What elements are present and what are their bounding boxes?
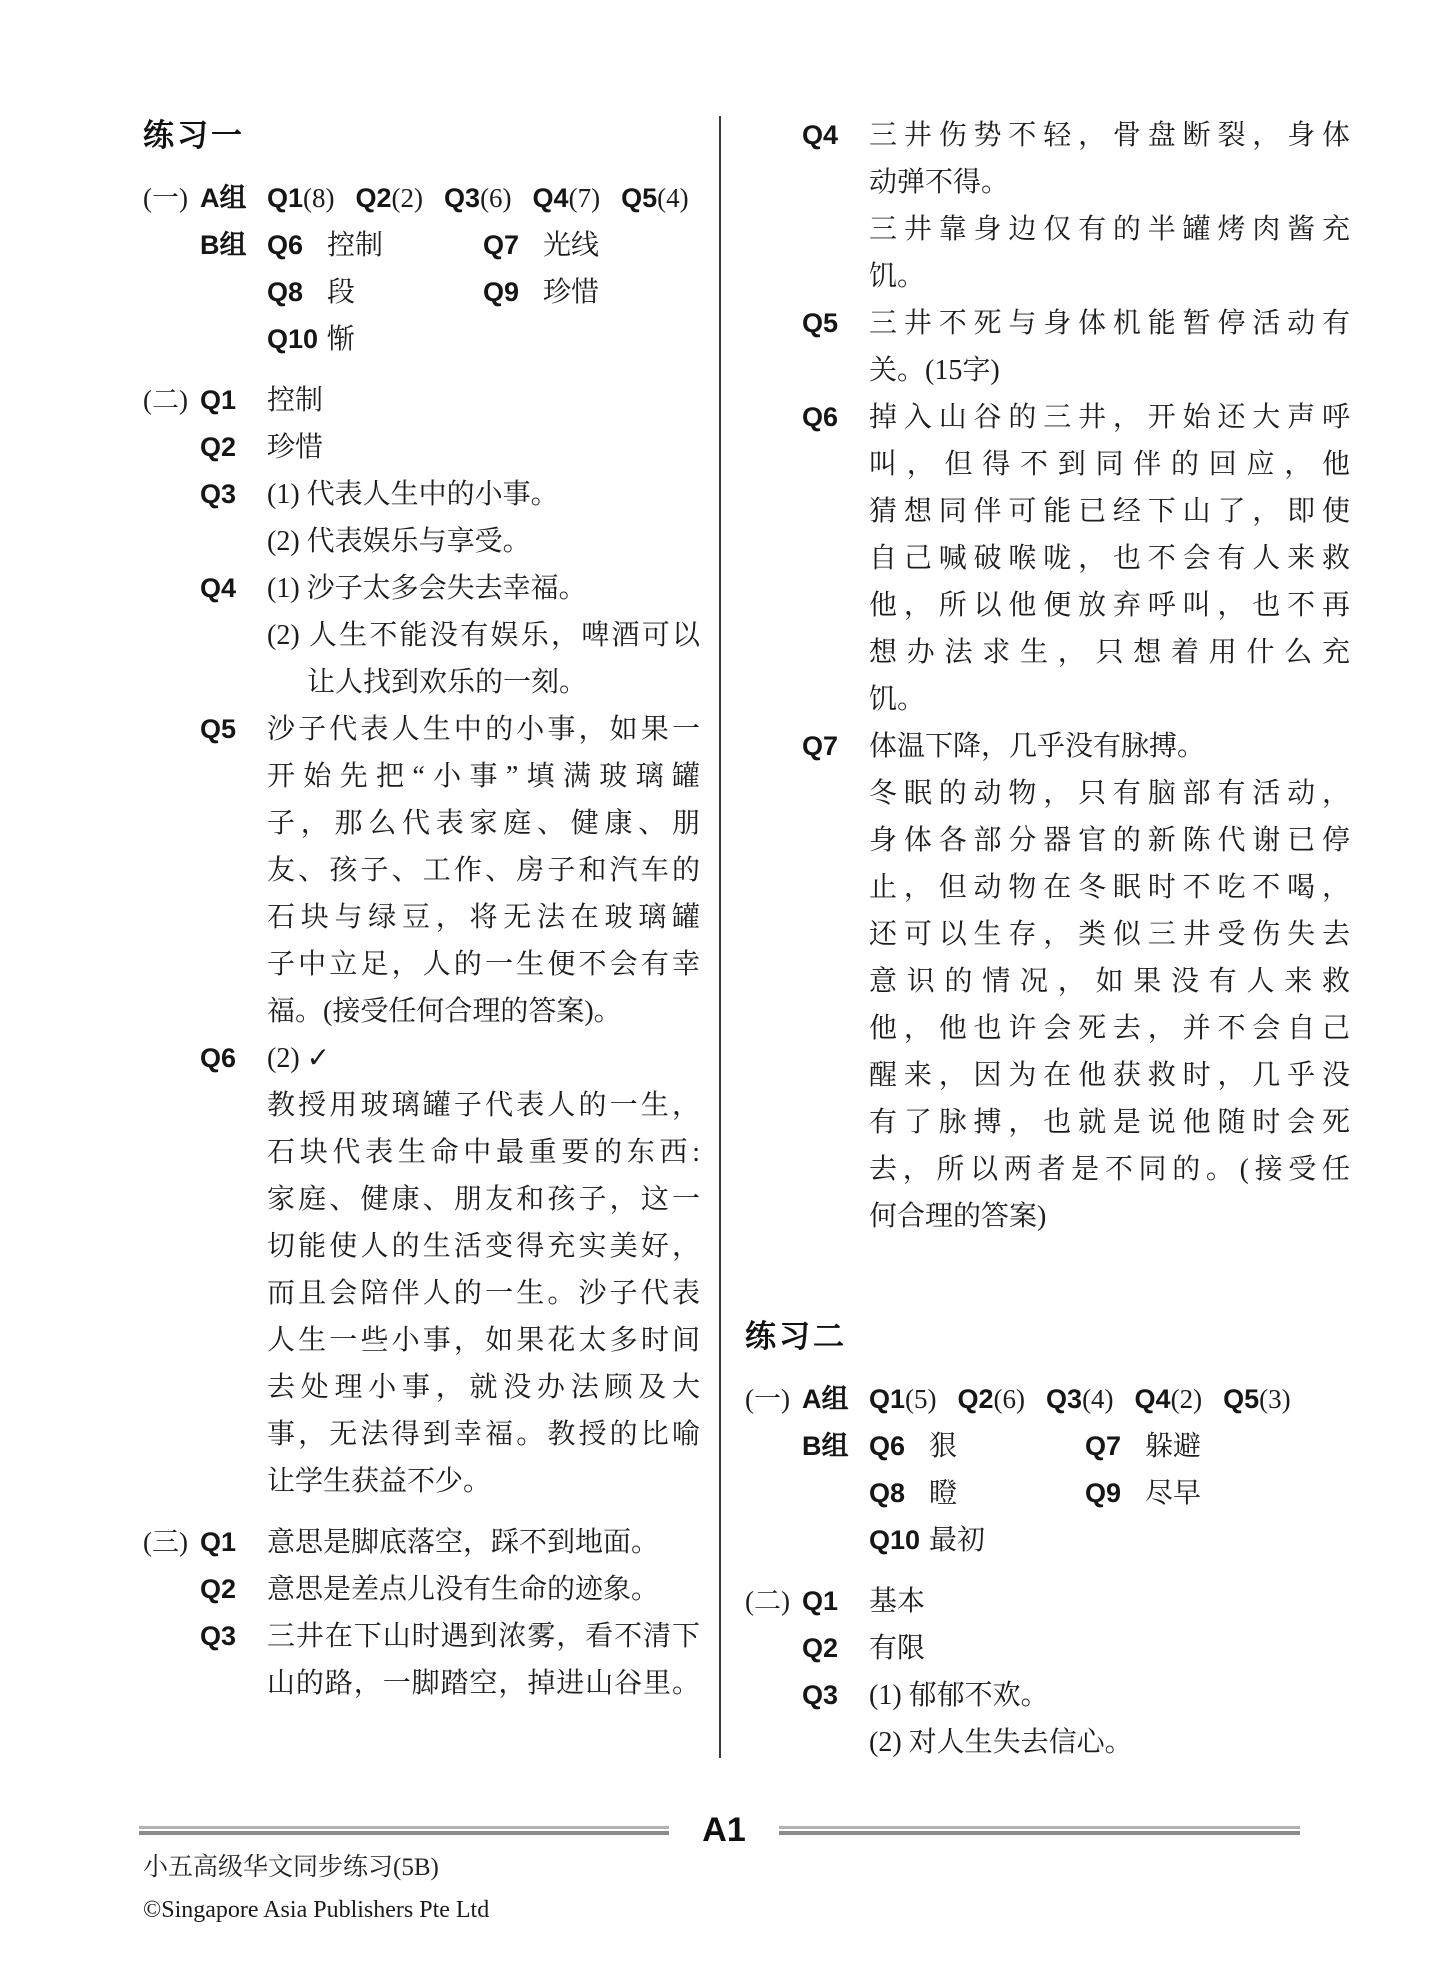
group-a-label: A组	[200, 175, 267, 222]
answer-line: 醒来，因为在他获救时，几乎没	[869, 1052, 1350, 1099]
answer-line: (2) 人生不能没有娱乐，啤酒可以	[267, 612, 700, 659]
section-marker: (三)	[143, 1519, 200, 1566]
answer-line: 他，他也许会死去，并不会自己	[869, 1005, 1350, 1052]
score-item: Q5(3)	[1223, 1376, 1291, 1423]
answer-line: 他，所以他便放弃呼叫，也不再	[869, 582, 1350, 629]
ex2-s2-q1: (二) Q1 基本	[745, 1578, 1350, 1625]
score-item: Q4(2)	[1135, 1376, 1203, 1423]
answer-line: 石块与绿豆，将无法在玻璃罐	[267, 894, 700, 941]
ex2-groupA-row: (一) A组 Q1(5) Q2(6) Q3(4) Q4(2) Q5(3)	[745, 1376, 1350, 1423]
answer-line: 子中立足，人的一生便不会有幸	[267, 941, 700, 988]
ex1-groupB-row: Q10 惭	[143, 316, 700, 363]
answer-line: 意思是差点儿没有生命的迹象。	[267, 1566, 700, 1613]
answer-line: 自己喊破喉咙，也不会有人来救	[869, 535, 1350, 582]
ex1-groupA-row: (一) A组 Q1(8) Q2(2) Q3(6) Q4(7) Q5(4)	[143, 175, 700, 222]
score-item: Q2(2)	[356, 175, 424, 222]
group-b-label: B组	[200, 222, 267, 269]
ex1-s2-q5: Q5 沙子代表人生中的小事，如果一 开始先把“小事”填满玻璃罐 子，那么代表家庭…	[143, 706, 700, 1035]
answer-line: 去，所以两者是不同的。(接受任	[869, 1146, 1350, 1193]
answer-line: 叫，但得不到同伴的回应，他	[869, 441, 1350, 488]
vocab-row: Q6 控制 Q7 光线	[267, 222, 700, 269]
answer-line: 还可以生存，类似三井受伤失去	[869, 911, 1350, 958]
answer-line: 去处理小事，就没办法顾及大	[267, 1364, 700, 1411]
answer-line: 饥。	[869, 253, 1350, 300]
footer-rule: A1	[139, 1808, 1300, 1852]
score-item: Q1(5)	[869, 1376, 937, 1423]
score-item: Q3(6)	[444, 175, 512, 222]
answer-line: (1) 郁郁不欢。	[869, 1672, 1350, 1719]
ex1-s2-q1: (二) Q1 控制	[143, 377, 700, 424]
ex1-s2-q2: Q2 珍惜	[143, 424, 700, 471]
exercise1-title: 练习一	[143, 112, 700, 159]
answer-line: 友、孩子、工作、房子和汽车的	[267, 847, 700, 894]
score-item: Q1(8)	[267, 175, 335, 222]
answer-line: 想办法求生，只想着用什么充	[869, 629, 1350, 676]
answer-line: 切能使人的生活变得充实美好，	[267, 1223, 700, 1270]
section-marker: (二)	[745, 1578, 802, 1625]
answer-line: 三井靠身边仅有的半罐烤肉酱充	[869, 206, 1350, 253]
answer-line: 让人找到欢乐的一刻。	[267, 659, 700, 706]
ex2-groupB-row: Q10 最初	[745, 1517, 1350, 1564]
group-b-label: B组	[802, 1423, 869, 1470]
answer-line: 教授用玻璃罐子代表人的一生，	[267, 1082, 700, 1129]
answer-line: 关。(15字)	[869, 347, 1350, 394]
group-a-scores: Q1(5) Q2(6) Q3(4) Q4(2) Q5(3)	[869, 1376, 1350, 1423]
ex1-s3-q7: Q7 体温下降，几乎没有脉搏。 冬眠的动物，只有脑部有活动， 身体各部分器官的新…	[745, 723, 1350, 1240]
score-item: Q4(7)	[533, 175, 601, 222]
ex1-s3-q3: Q3 三井在下山时遇到浓雾，看不清下 山的路，一脚踏空，掉进山谷里。	[143, 1613, 700, 1707]
section-marker: (二)	[143, 377, 200, 424]
answer-line: 人生一些小事，如果花太多时间	[267, 1317, 700, 1364]
answer-line: 意识的情况，如果没有人来救	[869, 958, 1350, 1005]
ex2-s2-q2: Q2 有限	[745, 1625, 1350, 1672]
group-a-label: A组	[802, 1376, 869, 1423]
section-marker: (一)	[143, 175, 200, 222]
answer-line: (2) 代表娱乐与享受。	[267, 518, 700, 565]
page-number: A1	[669, 1811, 779, 1850]
ex2-s2-q3: Q3 (1) 郁郁不欢。 (2) 对人生失去信心。	[745, 1672, 1350, 1766]
answer-line: 三井伤势不轻，骨盘断裂，身体	[869, 112, 1350, 159]
answer-line: 止，但动物在冬眠时不吃不喝，	[869, 864, 1350, 911]
answer-line: 有了脉搏，也就是说他随时会死	[869, 1099, 1350, 1146]
answer-line: 猜想同伴可能已经下山了，即使	[869, 488, 1350, 535]
answer-line: (1) 代表人生中的小事。	[267, 471, 700, 518]
vocab-row: Q8 段 Q9 珍惜	[267, 269, 700, 316]
answer-line: 体温下降，几乎没有脉搏。	[869, 723, 1350, 770]
ex1-s2-q3: Q3 (1) 代表人生中的小事。 (2) 代表娱乐与享受。	[143, 471, 700, 565]
score-item: Q3(4)	[1046, 1376, 1114, 1423]
answer-line: 三井不死与身体机能暂停活动有	[869, 300, 1350, 347]
ex1-s2-q6: Q6 (2) ✓ 教授用玻璃罐子代表人的一生， 石块代表生命中最重要的东西: 家…	[143, 1035, 700, 1505]
vocab-row: Q8 瞪 Q9 尽早	[869, 1470, 1350, 1517]
answer-line: 控制	[267, 377, 700, 424]
answer-line: 有限	[869, 1625, 1350, 1672]
answer-line: (2) 对人生失去信心。	[869, 1719, 1350, 1766]
column-divider	[719, 116, 721, 1758]
answer-line: 而且会陪伴人的一生。沙子代表	[267, 1270, 700, 1317]
section-marker: (一)	[745, 1376, 802, 1423]
ex1-groupB-row: B组 Q6 控制 Q7 光线	[143, 222, 700, 269]
ex2-groupB-row: Q8 瞪 Q9 尽早	[745, 1470, 1350, 1517]
answer-line: 家庭、健康、朋友和孩子，这一	[267, 1176, 700, 1223]
answer-line: 福。(接受任何合理的答案)。	[267, 988, 700, 1035]
ex2-groupB-row: B组 Q6 狠 Q7 躲避	[745, 1423, 1350, 1470]
answer-key-page: 练习一 (一) A组 Q1(8) Q2(2) Q3(6) Q4(7) Q5(4)…	[0, 0, 1445, 1974]
footer-book-title: 小五高级华文同步练习(5B)	[143, 1848, 439, 1888]
ex1-s3-q4: Q4 三井伤势不轻，骨盘断裂，身体 动弹不得。 三井靠身边仅有的半罐烤肉酱充 饥…	[745, 112, 1350, 300]
column-left: 练习一 (一) A组 Q1(8) Q2(2) Q3(6) Q4(7) Q5(4)…	[143, 112, 700, 1707]
answer-line: 冬眠的动物，只有脑部有活动，	[869, 770, 1350, 817]
answer-line: 意思是脚底落空，踩不到地面。	[267, 1519, 700, 1566]
answer-line: 动弹不得。	[869, 159, 1350, 206]
answer-line: 三井在下山时遇到浓雾，看不清下	[267, 1613, 700, 1660]
ex1-s3-q5: Q5 三井不死与身体机能暂停活动有 关。(15字)	[745, 300, 1350, 394]
answer-line: (1) 沙子太多会失去幸福。	[267, 565, 700, 612]
answer-line: 让学生获益不少。	[267, 1458, 700, 1505]
answer-line: 珍惜	[267, 424, 700, 471]
answer-line: 石块代表生命中最重要的东西:	[267, 1129, 700, 1176]
ex1-s3-q1: (三) Q1 意思是脚底落空，踩不到地面。	[143, 1519, 700, 1566]
answer-line: 基本	[869, 1578, 1350, 1625]
score-item: Q2(6)	[958, 1376, 1026, 1423]
answer-line: 事，无法得到幸福。教授的比喻	[267, 1411, 700, 1458]
answer-line: 掉入山谷的三井，开始还大声呼	[869, 394, 1350, 441]
footer-rule-left	[139, 1826, 669, 1835]
ex1-s2-q4: Q4 (1) 沙子太多会失去幸福。 (2) 人生不能没有娱乐，啤酒可以 让人找到…	[143, 565, 700, 706]
answer-line: 身体各部分器官的新陈代谢已停	[869, 817, 1350, 864]
exercise2-title: 练习二	[745, 1313, 1350, 1360]
vocab-row: Q10 惭	[267, 316, 700, 363]
answer-line: 山的路，一脚踏空，掉进山谷里。	[267, 1660, 700, 1707]
answer-line: 开始先把“小事”填满玻璃罐	[267, 753, 700, 800]
column-right: Q4 三井伤势不轻，骨盘断裂，身体 动弹不得。 三井靠身边仅有的半罐烤肉酱充 饥…	[745, 112, 1350, 1766]
answer-line: 沙子代表人生中的小事，如果一	[267, 706, 700, 753]
ex1-s3-q2: Q2 意思是差点儿没有生命的迹象。	[143, 1566, 700, 1613]
group-a-scores: Q1(8) Q2(2) Q3(6) Q4(7) Q5(4)	[267, 175, 700, 222]
answer-line: 饥。	[869, 676, 1350, 723]
footer-publisher: ©Singapore Asia Publishers Pte Ltd	[143, 1892, 489, 1928]
answer-line: 何合理的答案)	[869, 1193, 1350, 1240]
vocab-row: Q6 狠 Q7 躲避	[869, 1423, 1350, 1470]
ex1-s3-q6: Q6 掉入山谷的三井，开始还大声呼 叫，但得不到同伴的回应，他 猜想同伴可能已经…	[745, 394, 1350, 723]
answer-line: 子，那么代表家庭、健康、朋	[267, 800, 700, 847]
footer-rule-right	[779, 1826, 1300, 1835]
vocab-row: Q10 最初	[869, 1517, 1350, 1564]
score-item: Q5(4)	[621, 175, 689, 222]
answer-line checkmark-line: (2) ✓	[267, 1035, 700, 1082]
ex1-groupB-row: Q8 段 Q9 珍惜	[143, 269, 700, 316]
